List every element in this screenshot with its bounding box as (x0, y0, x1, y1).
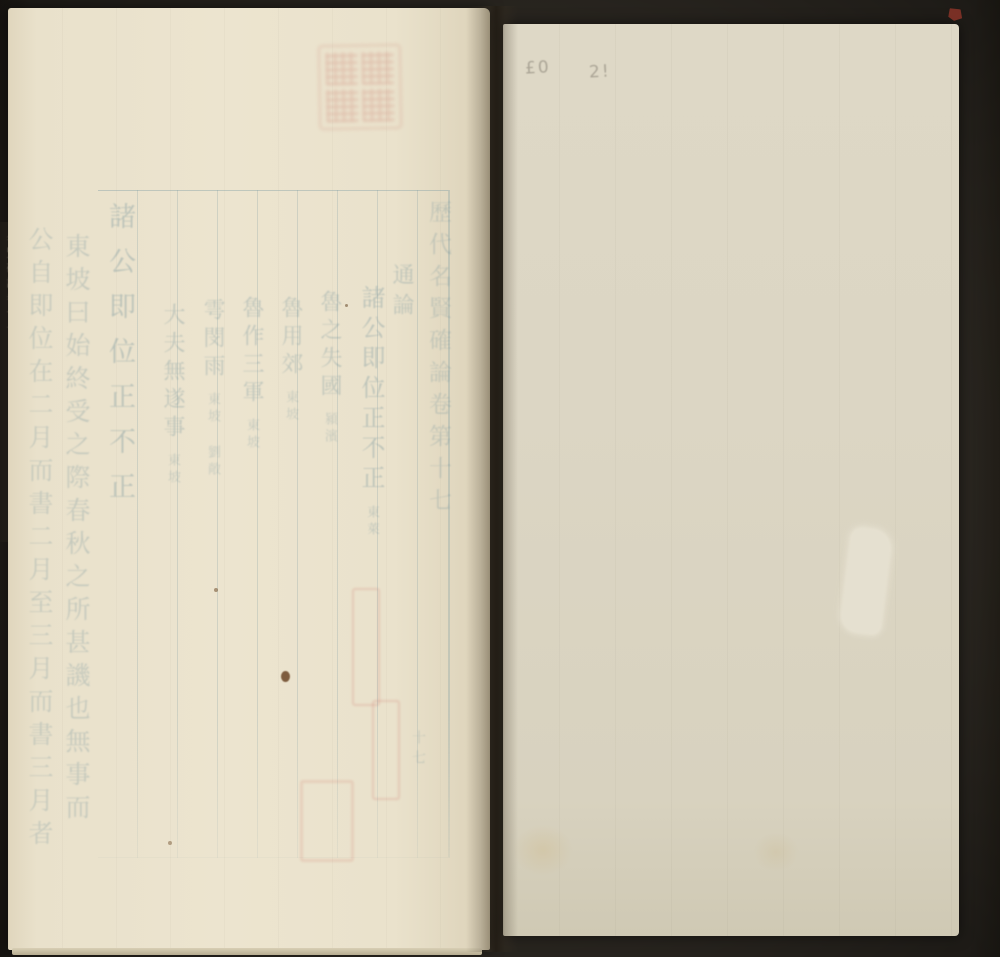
folio-number: 十七 (408, 730, 428, 770)
seal-glyph-block (362, 88, 395, 122)
leaf-edges (12, 948, 482, 955)
toc-entry: 諸公即位正不正東萊 (354, 285, 389, 539)
toc-entry-title: 魯之失國 (317, 290, 342, 402)
toc-entry-title: 雩閔雨 (200, 298, 225, 382)
seal-ghost (300, 780, 354, 862)
book-scan: 名賢確論卷十七 歷代名賢確論卷第十七 通論 諸公即位正不正東萊 魯之失國潁濱 魯… (0, 0, 1000, 957)
foxing-spot (214, 588, 218, 592)
pencil-mark: 2! (588, 61, 611, 82)
paper-patch (839, 526, 894, 636)
collector-seal-icon (317, 43, 402, 130)
toc-entry: 魯用郊東坡 (275, 296, 306, 424)
toc-entry: 魯之失國潁濱 (314, 290, 345, 446)
seal-ghost (372, 700, 400, 800)
seal-ghost (352, 588, 380, 706)
toc-entry-attribution: 東坡 劉敞 (205, 382, 220, 479)
toc-entry: 魯作三軍東坡 (236, 296, 267, 452)
toc-entry-title: 諸公即位正不正 (357, 285, 385, 495)
toc-entry-attribution: 東萊 (364, 495, 379, 539)
toc-entry-attribution: 東坡 (244, 408, 259, 452)
seal-glyph-block (361, 51, 394, 85)
pencil-mark: £0 (524, 57, 551, 78)
stain (513, 824, 573, 876)
title-column: 歷代名賢確論卷第十七 (422, 200, 455, 520)
toc-entry-attribution: 東坡 (165, 443, 180, 487)
seal-glyph-block (325, 52, 358, 86)
stain (753, 832, 799, 872)
toc-entry-title: 魯作三軍 (239, 296, 264, 408)
toc-entry: 大夫無遂事東坡 (157, 303, 188, 487)
foxing-spot (345, 304, 348, 307)
body-column: 公自即位在二月而書二月至三月而書三月者 (21, 226, 57, 853)
toc-entry-attribution: 潁濱 (322, 402, 337, 446)
page-left: 歷代名賢確論卷第十七 通論 諸公即位正不正東萊 魯之失國潁濱 魯用郊東坡 魯作三… (8, 8, 490, 950)
section-label: 通論 (386, 263, 417, 323)
toc-entry: 雩閔雨東坡 劉敞 (197, 298, 228, 479)
toc-entry-title: 大夫無遂事 (160, 303, 185, 443)
foxing-spot (281, 671, 290, 682)
page-right: £0 2! (503, 24, 959, 936)
corner-mark (946, 6, 965, 23)
foxing-spot (168, 841, 172, 845)
section-heading: 諸公即位正不正 (100, 202, 139, 517)
toc-entry-attribution: 東坡 (283, 380, 298, 424)
toc-entry-title: 魯用郊 (278, 296, 303, 380)
seal-glyph-block (326, 89, 359, 123)
body-column: 東坡曰始終受之際春秋之所甚譏也無事而 (58, 233, 94, 827)
